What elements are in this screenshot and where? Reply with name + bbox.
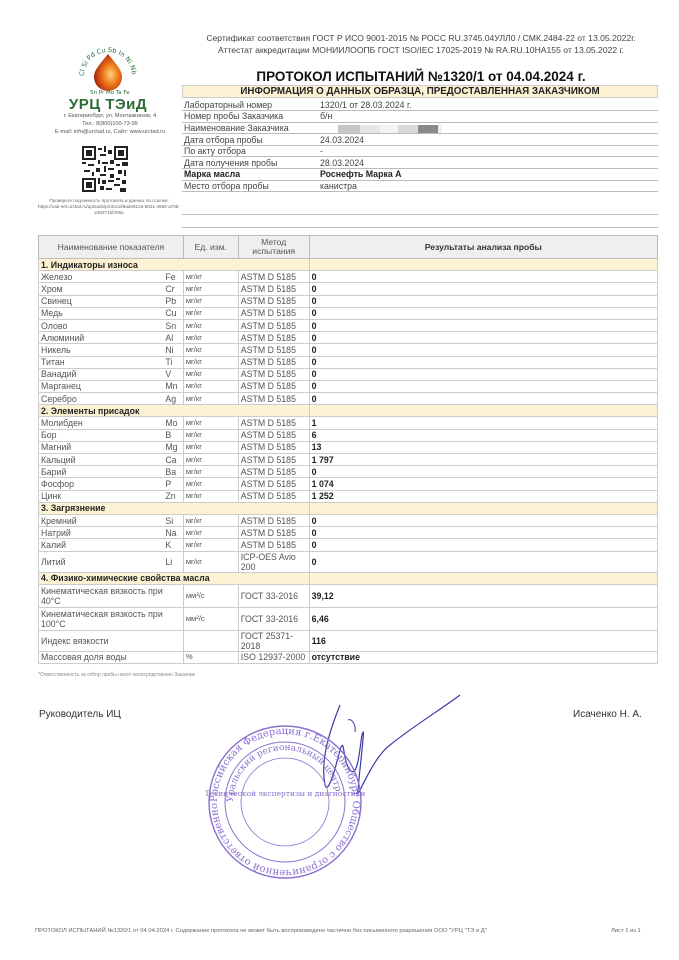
unit: мг/кг <box>183 478 238 490</box>
header-indicator-name: Наименование показателя <box>39 236 184 259</box>
test-method: ASTM D 5185 <box>238 332 309 344</box>
result-row: ХромCrмг/кгASTM D 51850 <box>39 283 658 295</box>
redacted-customer-name <box>318 122 658 134</box>
sample-info-value: 1320/1 от 28.03.2024 г. <box>318 99 658 111</box>
section-row: 1. Индикаторы износа <box>39 259 658 271</box>
result-value: 0 <box>309 551 657 572</box>
sample-info-label: Лабораторный номер <box>182 99 318 111</box>
test-method: ASTM D 5185 <box>238 368 309 380</box>
certification-info: Сертификат соответствия ГОСТ Р ИСО 9001-… <box>182 33 660 56</box>
company-address: г. Екатеринбург, ул. Монтажников, 4 <box>30 112 190 120</box>
footnote: *Ответственность за отбор пробы несет не… <box>38 672 195 678</box>
element-symbol: Li <box>163 551 183 572</box>
test-method: ASTM D 5185 <box>238 429 309 441</box>
indicator-name: Кинематическая вязкость при 40°С <box>39 584 184 607</box>
result-row: Индекс вязкостиГОСТ 25371-2018116 <box>39 630 658 651</box>
section-title: 1. Индикаторы износа <box>39 259 310 271</box>
result-row: БарийBaмг/кгASTM D 51850 <box>39 466 658 478</box>
sample-info-label: Марка масла <box>182 169 318 181</box>
signatory-name: Исаченко Н. А. <box>573 709 642 720</box>
element-symbol: Al <box>163 332 183 344</box>
oil-drop-logo-icon: Cl Si Pd Cu Sb In Ni Nb Ca Sn Pr Mo Ta F… <box>72 40 144 96</box>
unit <box>183 630 238 651</box>
indicator-name: Кинематическая вязкость при 100°С <box>39 607 184 630</box>
unit: мг/кг <box>183 429 238 441</box>
test-method: ASTM D 5185 <box>238 319 309 331</box>
result-value: 0 <box>309 368 657 380</box>
unit: мг/кг <box>183 271 238 283</box>
indicator-name: Железо <box>39 271 164 283</box>
result-row: ЛитийLiмг/кгICP-OES Avio 2000 <box>39 551 658 572</box>
sample-info-label: По акту отбора <box>182 145 318 157</box>
indicator-name: Кальций <box>39 454 164 466</box>
company-contacts: г. Екатеринбург, ул. Монтажников, 4 Тел.… <box>30 112 190 136</box>
unit: мг/кг <box>183 539 238 551</box>
test-method: ASTM D 5185 <box>238 380 309 392</box>
divider <box>182 227 658 228</box>
test-method: ASTM D 5185 <box>238 356 309 368</box>
result-row: НикельNiмг/кгASTM D 51850 <box>39 344 658 356</box>
test-method: ASTM D 5185 <box>238 539 309 551</box>
indicator-name: Серебро <box>39 393 164 405</box>
result-row: АлюминийAlмг/кгASTM D 51850 <box>39 332 658 344</box>
sample-info-label: Место отбора пробы <box>182 180 318 192</box>
result-value: 1 797 <box>309 454 657 466</box>
sample-info-label: Дата отбора пробы <box>182 134 318 146</box>
result-value: 0 <box>309 271 657 283</box>
unit: мм²/с <box>183 607 238 630</box>
result-value: 1 074 <box>309 478 657 490</box>
indicator-name: Магний <box>39 441 164 453</box>
sample-info-row: Дата отбора пробы24.03.2024 <box>182 134 658 146</box>
result-row: МагнийMgмг/кгASTM D 518513 <box>39 441 658 453</box>
company-email-site: E-mail: info@urctad.ru, Сайт: www.urctad… <box>30 128 190 136</box>
result-row: МарганецMnмг/кгASTM D 51850 <box>39 380 658 392</box>
unit: % <box>183 651 238 663</box>
sample-info-value: канистра <box>318 180 658 192</box>
test-method: ASTM D 5185 <box>238 307 309 319</box>
unit: мг/кг <box>183 417 238 429</box>
test-method: ASTM D 5185 <box>238 466 309 478</box>
unit: мг/кг <box>183 368 238 380</box>
header-method: Метод испытания <box>238 236 309 259</box>
result-row: СереброAgмг/кгASTM D 51850 <box>39 393 658 405</box>
element-symbol: Cr <box>163 283 183 295</box>
result-value: 0 <box>309 514 657 526</box>
sample-info-row: Марка маслаРоснефть Марка А <box>182 169 658 181</box>
sample-info-label: Наименование Заказчика <box>182 122 318 134</box>
result-value: отсутствие <box>309 651 657 663</box>
section-title: 2. Элементы присадок <box>39 405 310 417</box>
unit: мг/кг <box>183 380 238 392</box>
indicator-name: Индекс вязкости <box>39 630 184 651</box>
result-value: 0 <box>309 332 657 344</box>
svg-text:Технической экспертизы и диагн: Технической экспертизы и диагностики <box>205 789 365 798</box>
result-value: 0 <box>309 527 657 539</box>
results-header-row: Наименование показателя Ед. изм. Метод и… <box>39 236 658 259</box>
section-title: 3. Загрязнение <box>39 502 310 514</box>
test-method: ASTM D 5185 <box>238 527 309 539</box>
indicator-name: Калий <box>39 539 164 551</box>
element-symbol: Pb <box>163 295 183 307</box>
indicator-name: Литий <box>39 551 164 572</box>
sample-info-row: По акту отбора- <box>182 145 658 157</box>
indicator-name: Ванадий <box>39 368 164 380</box>
indicator-name: Свинец <box>39 295 164 307</box>
sample-info-value: Роснефть Марка А <box>318 169 658 181</box>
result-row: Кинематическая вязкость при 40°Смм²/сГОС… <box>39 584 658 607</box>
section-result-cell <box>309 259 657 271</box>
results-table: Наименование показателя Ед. изм. Метод и… <box>38 235 658 664</box>
unit: мг/кг <box>183 332 238 344</box>
unit: мг/кг <box>183 454 238 466</box>
result-row: СвинецPbмг/кгASTM D 51850 <box>39 295 658 307</box>
indicator-name: Титан <box>39 356 164 368</box>
sample-info-table: Лабораторный номер1320/1 от 28.03.2024 г… <box>182 99 658 192</box>
element-symbol: K <box>163 539 183 551</box>
header-result: Результаты анализа пробы <box>309 236 657 259</box>
result-row: КалийKмг/кгASTM D 51850 <box>39 539 658 551</box>
result-value: 0 <box>309 356 657 368</box>
test-method: ASTM D 5185 <box>238 417 309 429</box>
result-value: 6 <box>309 429 657 441</box>
element-symbol: V <box>163 368 183 380</box>
test-method: ГОСТ 33-2016 <box>238 584 309 607</box>
unit: мг/кг <box>183 441 238 453</box>
company-phone: Тел.: 8(800)100-73-99 <box>30 120 190 128</box>
element-symbol: B <box>163 429 183 441</box>
result-row: ФосфорPмг/кгASTM D 51851 074 <box>39 478 658 490</box>
indicator-name: Медь <box>39 307 164 319</box>
company-seal-icon: Российская Федерация г.Екатеринбург Обще… <box>205 722 365 882</box>
result-row: КальцийCaмг/кгASTM D 51851 797 <box>39 454 658 466</box>
result-row: ВанадийVмг/кгASTM D 51850 <box>39 368 658 380</box>
unit: мг/кг <box>183 307 238 319</box>
element-symbol: Mg <box>163 441 183 453</box>
indicator-name: Алюминий <box>39 332 164 344</box>
element-symbol: Ag <box>163 393 183 405</box>
test-method: ASTM D 5185 <box>238 514 309 526</box>
indicator-name: Никель <box>39 344 164 356</box>
unit: мг/кг <box>183 356 238 368</box>
signatory-position: Руководитель ИЦ <box>39 709 121 720</box>
section-row: 2. Элементы присадок <box>39 405 658 417</box>
result-value: 0 <box>309 307 657 319</box>
element-symbol: Fe <box>163 271 183 283</box>
indicator-name: Молибден <box>39 417 164 429</box>
section-row: 4. Физико-химические свойства масла <box>39 572 658 584</box>
test-method: ASTM D 5185 <box>238 478 309 490</box>
result-row: ЦинкZnмг/кгASTM D 51851 252 <box>39 490 658 502</box>
test-method: ГОСТ 25371-2018 <box>238 630 309 651</box>
indicator-name: Фосфор <box>39 478 164 490</box>
element-symbol: Ca <box>163 454 183 466</box>
result-value: 0 <box>309 466 657 478</box>
unit: мг/кг <box>183 551 238 572</box>
indicator-name: Массовая доля воды <box>39 651 184 663</box>
sample-info-row: Номер пробы Заказчикаб/н <box>182 111 658 123</box>
element-symbol: Zn <box>163 490 183 502</box>
unit: мг/кг <box>183 283 238 295</box>
result-row: МолибденMoмг/кгASTM D 51851 <box>39 417 658 429</box>
unit: мг/кг <box>183 295 238 307</box>
indicator-name: Барий <box>39 466 164 478</box>
unit: мг/кг <box>183 490 238 502</box>
result-row: ЖелезоFeмг/кгASTM D 51850 <box>39 271 658 283</box>
result-value: 6,46 <box>309 607 657 630</box>
qr-verification-link[interactable]: https://cab-net.urctad.ru/uploads/protoc… <box>34 204 184 216</box>
unit: мг/кг <box>183 319 238 331</box>
qr-verification-note: Проверьте подлинность протокола и данных… <box>34 198 184 216</box>
test-method: ASTM D 5185 <box>238 283 309 295</box>
header-unit: Ед. изм. <box>183 236 238 259</box>
result-value: 39,12 <box>309 584 657 607</box>
result-value: 0 <box>309 319 657 331</box>
result-row: Кинематическая вязкость при 100°Смм²/сГО… <box>39 607 658 630</box>
result-row: ТитанTiмг/кгASTM D 51850 <box>39 356 658 368</box>
sample-info-row: Лабораторный номер1320/1 от 28.03.2024 г… <box>182 99 658 111</box>
test-method: ГОСТ 33-2016 <box>238 607 309 630</box>
element-symbol: Mo <box>163 417 183 429</box>
result-value: 0 <box>309 380 657 392</box>
section-result-cell <box>309 405 657 417</box>
result-value: 0 <box>309 295 657 307</box>
result-value: 1 <box>309 417 657 429</box>
indicator-name: Бор <box>39 429 164 441</box>
company-name: УРЦ ТЭиД <box>38 96 178 113</box>
section-row: 3. Загрязнение <box>39 502 658 514</box>
element-symbol: Na <box>163 527 183 539</box>
unit: мг/кг <box>183 514 238 526</box>
cert-line-1: Сертификат соответствия ГОСТ Р ИСО 9001-… <box>182 33 660 45</box>
cert-line-2: Аттестат аккредитации МОНИИЛООПБ ГОСТ IS… <box>182 45 660 57</box>
unit: мг/кг <box>183 527 238 539</box>
result-row: Массовая доля воды%ISO 12937-2000отсутст… <box>39 651 658 663</box>
element-symbol: Si <box>163 514 183 526</box>
section-result-cell <box>309 502 657 514</box>
protocol-title: ПРОТОКОЛ ИСПЫТАНИЙ №1320/1 от 04.04.2024… <box>182 69 660 84</box>
element-symbol: Ni <box>163 344 183 356</box>
result-row: БорBмг/кгASTM D 51856 <box>39 429 658 441</box>
sample-info-row: Дата получения пробы28.03.2024 <box>182 157 658 169</box>
test-method: ASTM D 5185 <box>238 393 309 405</box>
result-value: 0 <box>309 539 657 551</box>
test-method: ASTM D 5185 <box>238 454 309 466</box>
sample-info-value: - <box>318 145 658 157</box>
sample-info-value: б/н <box>318 111 658 123</box>
result-row: КремнийSiмг/кгASTM D 51850 <box>39 514 658 526</box>
sample-info-row: Наименование Заказчика <box>182 122 658 134</box>
result-row: НатрийNaмг/кгASTM D 51850 <box>39 527 658 539</box>
indicator-name: Натрий <box>39 527 164 539</box>
page-footer: ПРОТОКОЛ ИСПЫТАНИЙ №1320/1 от 04.04.2024… <box>35 928 615 934</box>
qr-code-icon[interactable] <box>82 146 128 192</box>
section-title: 4. Физико-химические свойства масла <box>39 572 310 584</box>
element-symbol: Cu <box>163 307 183 319</box>
sample-info-heading: ИНФОРМАЦИЯ О ДАННЫХ ОБРАЗЦА, ПРЕДОСТАВЛЕ… <box>182 85 658 98</box>
result-row: МедьCuмг/кгASTM D 51850 <box>39 307 658 319</box>
sample-info-label: Номер пробы Заказчика <box>182 111 318 123</box>
unit: мг/кг <box>183 393 238 405</box>
unit: мм²/с <box>183 584 238 607</box>
test-method: ISO 12937-2000 <box>238 651 309 663</box>
unit: мг/кг <box>183 344 238 356</box>
divider <box>182 214 658 215</box>
test-method: ASTM D 5185 <box>238 490 309 502</box>
indicator-name: Цинк <box>39 490 164 502</box>
element-symbol: Sn <box>163 319 183 331</box>
test-method: ASTM D 5185 <box>238 441 309 453</box>
result-value: 1 252 <box>309 490 657 502</box>
page-number: Лист 1 из 1 <box>611 928 641 934</box>
sample-info-value: 24.03.2024 <box>318 134 658 146</box>
result-value: 0 <box>309 283 657 295</box>
result-row: ОловоSnмг/кгASTM D 51850 <box>39 319 658 331</box>
indicator-name: Олово <box>39 319 164 331</box>
sample-info-label: Дата получения пробы <box>182 157 318 169</box>
section-result-cell <box>309 572 657 584</box>
element-symbol: P <box>163 478 183 490</box>
test-method: ICP-OES Avio 200 <box>238 551 309 572</box>
result-value: 0 <box>309 344 657 356</box>
result-value: 0 <box>309 393 657 405</box>
indicator-name: Кремний <box>39 514 164 526</box>
element-symbol: Ba <box>163 466 183 478</box>
element-symbol: Ti <box>163 356 183 368</box>
result-value: 116 <box>309 630 657 651</box>
unit: мг/кг <box>183 466 238 478</box>
protocol-title-text: ПРОТОКОЛ ИСПЫТАНИЙ №1320/1 от 04.04.2024… <box>256 69 585 84</box>
test-method: ASTM D 5185 <box>238 295 309 307</box>
test-method: ASTM D 5185 <box>238 344 309 356</box>
indicator-name: Марганец <box>39 380 164 392</box>
indicator-name: Хром <box>39 283 164 295</box>
sample-info-value: 28.03.2024 <box>318 157 658 169</box>
test-method: ASTM D 5185 <box>238 271 309 283</box>
result-value: 13 <box>309 441 657 453</box>
element-symbol: Mn <box>163 380 183 392</box>
sample-info-row: Место отбора пробыканистра <box>182 180 658 192</box>
